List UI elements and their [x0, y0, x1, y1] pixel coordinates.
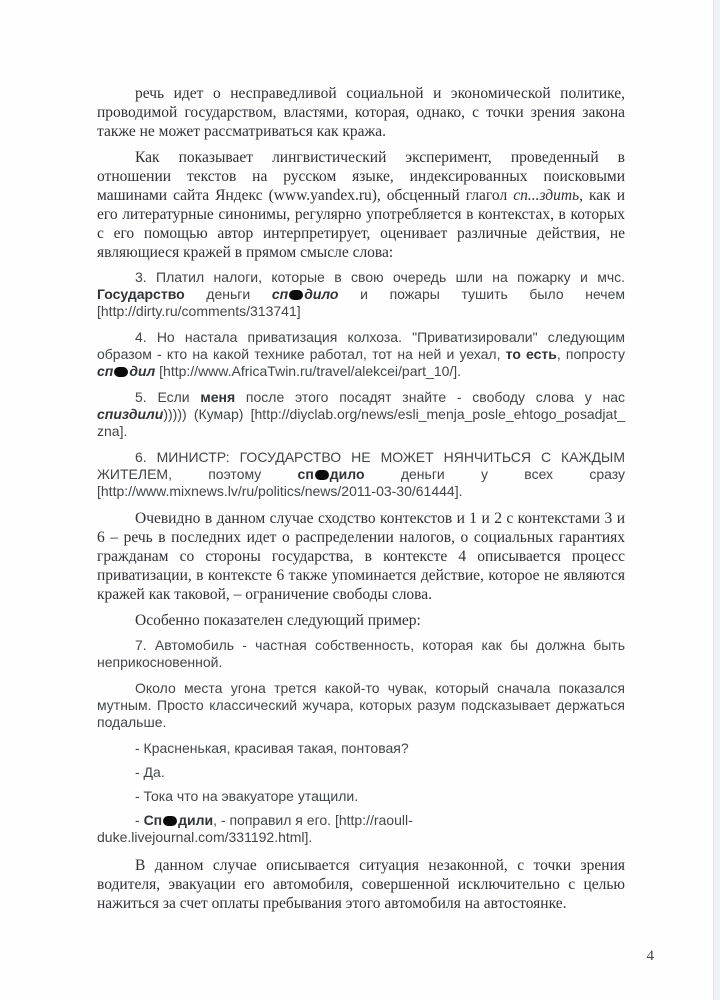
censored-verb-prefix: сп: [272, 286, 288, 302]
paragraph-intro: речь идет о несправедливой социальной и …: [97, 84, 625, 141]
document-page: речь идет о несправедливой социальной и …: [0, 0, 720, 1000]
uncensored-verb: спиздили: [97, 406, 163, 422]
paragraph-lead-text: Особенно показателен следующий пример:: [135, 612, 421, 629]
example-3-text-end: и пожары тушить было нечем: [339, 286, 626, 302]
redaction-mark: [315, 470, 329, 480]
censored-verb-prefix: Сп: [144, 812, 163, 828]
example-7-continuation: Около места угона трется какой-то чувак,…: [97, 680, 625, 731]
paragraph-intro-text: речь идет о несправедливой социальной и …: [97, 85, 625, 140]
example-7-continuation-text: Около места угона трется какой-то чувак,…: [97, 680, 625, 730]
dialog-line-4: - Спдили, - поправил я его. [http://raou…: [97, 812, 625, 846]
censored-verb-suffix: дил: [129, 363, 155, 379]
example-6: 6. МИНИСТР: ГОСУДАРСТВО НЕ МОЖЕТ НЯНЧИТЬ…: [97, 449, 625, 500]
example-6-text-end: деньги у всех сразу: [365, 466, 625, 482]
page-number: 4: [647, 948, 655, 965]
dialog-line-4-dash: -: [135, 812, 144, 828]
example-7: 7. Автомобиль - частная собственность, к…: [97, 637, 625, 671]
redaction-mark: [114, 367, 128, 377]
redaction-mark: [163, 816, 177, 826]
paragraph-lead: Особенно показателен следующий пример:: [97, 611, 625, 630]
example-5: 5. Если меня после этого посадят знайте …: [97, 389, 625, 440]
example-4-url: [http://www.AfricaTwin.ru/travel/alekcei…: [159, 363, 461, 379]
censored-verb-suffix: дило: [304, 286, 338, 302]
paragraph-experiment: Как показывает лингвистический экспериме…: [97, 148, 625, 262]
obscene-verb-italic: сп...здить: [513, 187, 579, 204]
censored-verb-suffix: дило: [330, 466, 365, 482]
censored-verb-prefix: сп: [97, 363, 113, 379]
example-3: 3. Платил налоги, которые в свою очередь…: [97, 269, 625, 320]
censored-verb-suffix: дили: [178, 812, 213, 828]
paragraph-analysis-text: Очевидно в данном случае сходство контек…: [97, 510, 625, 603]
example-7-text: 7. Автомобиль - частная собственность, к…: [97, 637, 625, 670]
paragraph-conclusion: В данном случае описывается ситуация нез…: [97, 856, 625, 913]
dialog-line-1-text: - Красненькая, красивая такая, понтовая?: [135, 740, 409, 756]
dialog-line-4-text: , - поправил я его.: [213, 812, 335, 828]
dialog-line-2: - Да.: [97, 764, 625, 781]
example-3-url: [http://dirty.ru/comments/313741]: [97, 303, 301, 319]
paragraph-conclusion-text: В данном случае описывается ситуация нез…: [97, 857, 625, 912]
page-content: речь идет о несправедливой социальной и …: [97, 84, 625, 920]
example-3-text-mid: деньги: [185, 286, 272, 302]
example-4: 4. Но настала приватизация колхоза. "При…: [97, 329, 625, 380]
dialog-line-3: - Тока что на эвакуаторе утащили.: [97, 788, 625, 805]
example-3-text: 3. Платил налоги, которые в свою очередь…: [135, 269, 625, 285]
example-5-bold-word: меня: [200, 389, 235, 405]
dialog-line-2-text: - Да.: [135, 764, 165, 780]
dialog-line-1: - Красненькая, красивая такая, понтовая?: [97, 740, 625, 757]
redaction-mark: [289, 290, 303, 300]
example-3-bold-word: Государство: [97, 286, 185, 302]
paragraph-analysis: Очевидно в данном случае сходство контек…: [97, 509, 625, 604]
dialog-line-3-text: - Тока что на эвакуаторе утащили.: [135, 788, 358, 804]
example-4-text-mid: , попросту: [557, 346, 625, 362]
example-4-bold-word: то есть: [506, 346, 557, 362]
censored-verb-prefix: сп: [298, 466, 314, 482]
example-6-url: [http://www.mixnews.lv/ru/politics/news/…: [97, 483, 462, 499]
example-5-text-end: ))))) (Кумар): [163, 406, 250, 422]
example-5-text-mid: после этого посадят знайте - свободу сло…: [235, 389, 625, 405]
scan-edge-shadow: [713, 0, 720, 1000]
example-5-text: 5. Если: [135, 389, 200, 405]
